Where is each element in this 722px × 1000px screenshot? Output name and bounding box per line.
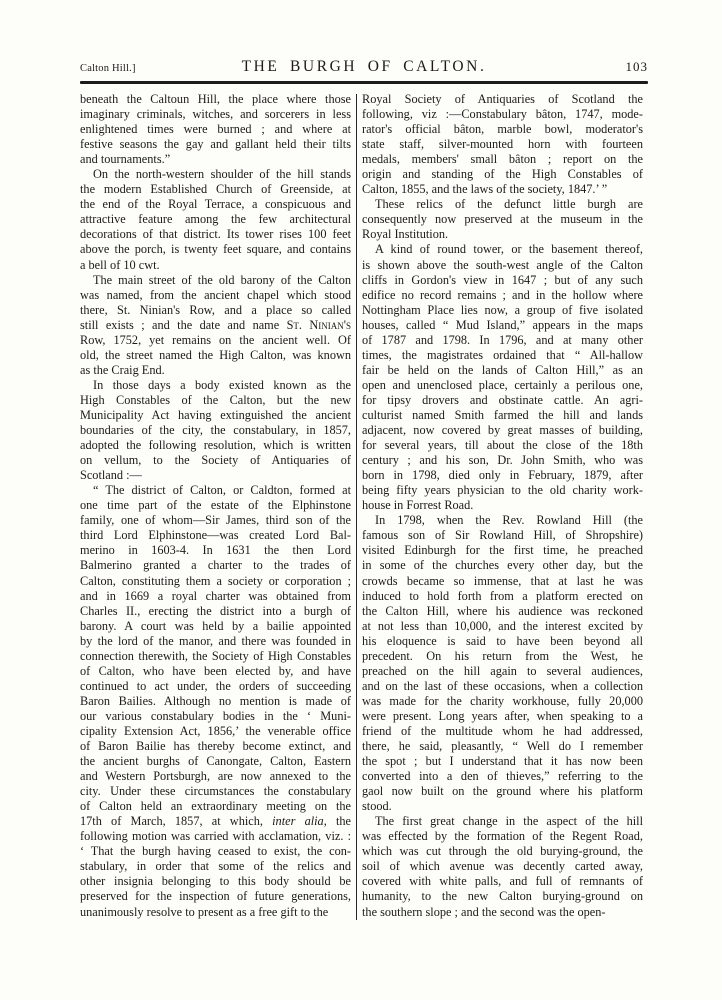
text-line: of Calton, who have been elected by, and… (80, 664, 351, 679)
text-line: adopted the following resolution, which … (80, 438, 351, 453)
text-line: Baron Bailies. Although no mention is ma… (80, 694, 351, 709)
page-header: Calton Hill.] THE BURGH OF CALTON. 103 (80, 58, 648, 76)
text-line: Calton, constituting them a society or c… (80, 574, 351, 589)
text-line: house in Forrest Road. (362, 498, 643, 513)
text-line: stood. (362, 799, 643, 814)
text-line: born in 1798, died only in February, 187… (362, 468, 643, 483)
text-line: crowds became so immense, that at last h… (362, 574, 643, 589)
text-line: covered with white palls, and full of re… (362, 874, 643, 889)
text-line: the spot ; but I understand that it has … (362, 754, 643, 769)
text-line: unanimously resolve to present as a free… (80, 905, 351, 920)
text-line: High Constables of the Calton, but the n… (80, 393, 351, 408)
text-line: Nottingham Place lies now, a group of fi… (362, 303, 643, 318)
text-line: and on the last of these occasions, when… (362, 679, 643, 694)
text-line: of Calton held an extraordinary meeting … (80, 799, 351, 814)
text-line: The first great change in the aspect of … (362, 814, 643, 829)
text-line: gaol now built on the ground where his p… (362, 784, 643, 799)
text-line: state staff, silver-mounted horn with fo… (362, 137, 643, 152)
text-line: following, viz :—Constabulary bâton, 174… (362, 107, 643, 122)
text-line: barony. A court was held by a bailie app… (80, 619, 351, 634)
paragraph: Royal Society of Antiquaries of Scotland… (362, 92, 643, 197)
paragraph: In those days a body existed known as th… (80, 378, 351, 483)
text-line: beneath the Caltoun Hill, the place wher… (80, 92, 351, 107)
text-line: continued to act under, the orders of su… (80, 679, 351, 694)
text-line: as the Craig End. (80, 363, 351, 378)
text-line: Calton, 1855, and the laws of the societ… (362, 182, 643, 197)
column-divider (356, 94, 357, 920)
text-line: preached on the hill again to several au… (362, 664, 643, 679)
text-line: third Lord Elphinstone—was created Lord … (80, 528, 351, 543)
text-line: on vellum, to the Society of Antiquaries… (80, 453, 351, 468)
text-line: was named, from the ancient chapel which… (80, 288, 351, 303)
text-line: preserved for the inspection of future g… (80, 889, 351, 904)
paragraph: The main street of the old barony of the… (80, 273, 351, 378)
text-line: old, the street named the High Calton, w… (80, 348, 351, 363)
text-line: city. Under these circumstances the cons… (80, 784, 351, 799)
text-line: origin and standing of the High Constabl… (362, 167, 643, 182)
text-line: culturist named Smith farmed the hill an… (362, 408, 643, 423)
text-line: humanity, to the new Calton burying-grou… (362, 889, 643, 904)
text-line: which was cut through the old burying-gr… (362, 844, 643, 859)
text-line: induced to hold forth from a platform er… (362, 589, 643, 604)
text-line: imaginary criminals, witches, and sorcer… (80, 107, 351, 122)
text-line: Scotland :— (80, 468, 351, 483)
text-columns: beneath the Caltoun Hill, the place wher… (80, 92, 648, 920)
text-line: precedent. On his return from the West, … (362, 649, 643, 664)
text-line: rator's official bâton, marble bowl, mod… (362, 122, 643, 137)
paragraph: beneath the Caltoun Hill, the place wher… (80, 92, 351, 167)
text-line: The main street of the old barony of the… (80, 273, 351, 288)
text-line: the end of the Royal Terrace, a conspicu… (80, 197, 351, 212)
text-line: boundaries of the city, the constabulary… (80, 423, 351, 438)
text-line: visited Edinburgh for the first time, he… (362, 543, 643, 558)
text-line: still exists ; and the date and name St.… (80, 318, 351, 333)
text-line: the southern slope ; and the second was … (362, 905, 643, 920)
text-line: and Western Portsburgh, are now annexed … (80, 769, 351, 784)
text-line: decorations of that district. Its tower … (80, 227, 351, 242)
text-line: merino in 1603-4. In 1631 the then Lord (80, 543, 351, 558)
text-line: at not less than 10,000, and the interes… (362, 619, 643, 634)
text-line: These relics of the defunct little burgh… (362, 197, 643, 212)
text-line: one time part of the estate of the Elphi… (80, 498, 351, 513)
page-title: THE BURGH OF CALTON. (200, 58, 528, 76)
text-line: On the north-western shoulder of the hil… (80, 167, 351, 182)
text-line: In those days a body existed known as th… (80, 378, 351, 393)
text-line: is shown above the south-west angle of t… (362, 258, 643, 273)
paragraph: “ The district of Calton, or Caldton, fo… (80, 483, 351, 919)
text-line: Row, 1752, yet remains on the ancient we… (80, 333, 351, 348)
text-line: 17th of March, 1857, at which, inter ali… (80, 814, 351, 829)
text-line: by the lord of the manor, and there was … (80, 634, 351, 649)
paragraph: In 1798, when the Rev. Rowland Hill (the… (362, 513, 643, 814)
text-line: and in 1669 a royal charter was obtained… (80, 589, 351, 604)
book-page: Calton Hill.] THE BURGH OF CALTON. 103 b… (0, 0, 722, 1000)
text-line: Municipality Act having extinguished the… (80, 408, 351, 423)
text-line: there, St. Ninian's Row, and a place so … (80, 303, 351, 318)
paragraph: These relics of the defunct little burgh… (362, 197, 643, 242)
text-line: above the porch, is twenty feet square, … (80, 242, 351, 257)
text-line: other insignia belonging to this body sh… (80, 874, 351, 889)
text-line: houses, called “ Mud Island,” appears in… (362, 318, 643, 333)
text-line: ‘ That the burgh having ceased to exist,… (80, 844, 351, 859)
page-content: Calton Hill.] THE BURGH OF CALTON. 103 b… (80, 58, 648, 920)
text-line: for several years, till about the close … (362, 438, 643, 453)
paragraph: A kind of round tower, or the basement t… (362, 242, 643, 513)
text-line: of Baron Bailie has thereby become extin… (80, 739, 351, 754)
text-line: fair be held on the lands of Calton Hill… (362, 363, 643, 378)
text-line: the Calton Hill, where his audience was … (362, 604, 643, 619)
text-line: the modern Established Church of Greensi… (80, 182, 351, 197)
text-line: and tournaments.” (80, 152, 351, 167)
header-rule (80, 81, 648, 84)
text-line: Royal Society of Antiquaries of Scotland… (362, 92, 643, 107)
paragraph: On the north-western shoulder of the hil… (80, 167, 351, 272)
text-line: enlightened times were burned ; and wher… (80, 122, 351, 137)
text-line: in some of the churches every other day,… (362, 558, 643, 573)
text-line: Balmerino granted a charter to the trade… (80, 558, 351, 573)
text-line: cipality Extension Act, 1856,’ the vener… (80, 724, 351, 739)
right-column: Royal Society of Antiquaries of Scotland… (362, 92, 643, 920)
text-line: being fifty years physician to the old c… (362, 483, 643, 498)
text-line: of 1787 and 1798. In 1796, and at many o… (362, 333, 643, 348)
text-line: connection therewith, the Society of Hig… (80, 649, 351, 664)
text-line: cliffs in Gordon's view in 1647 ; but of… (362, 273, 643, 288)
text-line: open and unenclosed place, certainly a p… (362, 378, 643, 393)
text-line: In 1798, when the Rev. Rowland Hill (the (362, 513, 643, 528)
text-line: converted into a den of thieves,” referr… (362, 769, 643, 784)
paragraph: The first great change in the aspect of … (362, 814, 643, 919)
text-line: Royal Institution. (362, 227, 643, 242)
text-line: soil of which avenue was decently carted… (362, 859, 643, 874)
text-line: was made for the charity workhouse, full… (362, 694, 643, 709)
text-line: family, one of whom—Sir James, third son… (80, 513, 351, 528)
running-header-left: Calton Hill.] (80, 63, 200, 74)
text-line: festive seasons the gay and gallant held… (80, 137, 351, 152)
text-line: following motion was carried with acclam… (80, 829, 351, 844)
left-column: beneath the Caltoun Hill, the place wher… (80, 92, 351, 920)
text-line: a bell of 10 cwt. (80, 258, 351, 273)
text-line: there, he said, pleasantly, “ Well do I … (362, 739, 643, 754)
text-line: consequently now preserved at the museum… (362, 212, 643, 227)
text-line: “ The district of Calton, or Caldton, fo… (80, 483, 351, 498)
text-line: were present. Long years after, when spe… (362, 709, 643, 724)
text-line: was effected by the formation of the Reg… (362, 829, 643, 844)
text-line: famous son of Sir Rowland Hill, of Shrop… (362, 528, 643, 543)
text-line: attractive feature among the few archite… (80, 212, 351, 227)
text-line: edifice no record remains ; and in the h… (362, 288, 643, 303)
text-line: the ancient burghs of Canongate, Calton,… (80, 754, 351, 769)
text-line: times, the magistrates ordained that “ A… (362, 348, 643, 363)
text-line: our various constabulary bodies in the ‘… (80, 709, 351, 724)
text-line: stabulary, in order that some of the rel… (80, 859, 351, 874)
text-line: century ; and his son, Dr. John Smith, w… (362, 453, 643, 468)
text-line: A kind of round tower, or the basement t… (362, 242, 643, 257)
text-line: for tipsy drovers and obstinate cattle. … (362, 393, 643, 408)
text-line: Charles II., erecting the district into … (80, 604, 351, 619)
text-line: medals, members' small bâton ; report on… (362, 152, 643, 167)
text-line: friend of the multitude whom he had addr… (362, 724, 643, 739)
page-number: 103 (528, 59, 648, 75)
text-line: his eloquence is said to have been beyon… (362, 634, 643, 649)
text-line: adjacent, now covered by great masses of… (362, 423, 643, 438)
